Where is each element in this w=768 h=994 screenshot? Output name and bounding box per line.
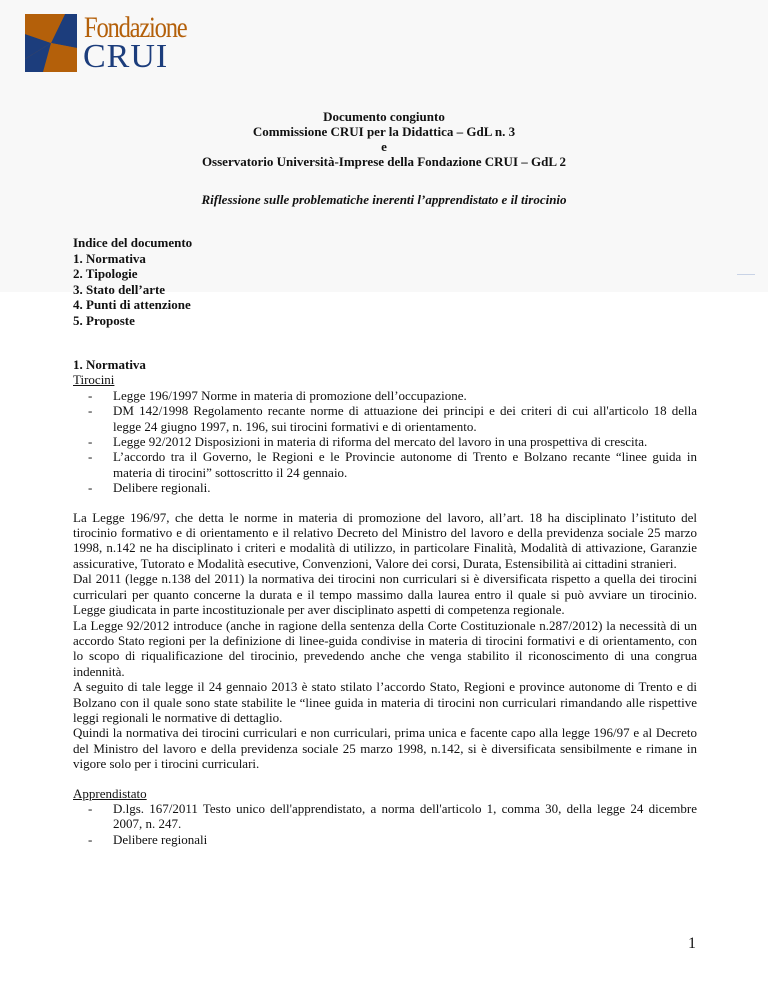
fondazione-crui-logo: Fondazione CRUI: [25, 14, 195, 74]
header-line: Osservatorio Università-Imprese della Fo…: [0, 154, 768, 169]
logo-mark-icon: [25, 14, 77, 72]
paragraph: La Legge 92/2012 introduce (anche in rag…: [73, 618, 697, 680]
paragraph: Quindi la normativa dei tirocini curricu…: [73, 725, 697, 771]
header-line: Documento congiunto: [0, 109, 768, 124]
list-item: DM 142/1998 Regolamento recante norme di…: [113, 403, 697, 434]
header-line: e: [0, 139, 768, 154]
header-line: Commissione CRUI per la Didattica – GdL …: [0, 124, 768, 139]
document-index: Indice del documento 1. Normativa 2. Tip…: [73, 235, 192, 329]
subsection-label-tirocini: Tirocini: [73, 372, 697, 387]
document-body: 1. Normativa Tirocini Legge 196/1997 Nor…: [73, 357, 697, 847]
paragraph: La Legge 196/97, che detta le norme in m…: [73, 510, 697, 572]
index-title: Indice del documento: [73, 235, 192, 251]
list-item: D.lgs. 167/2011 Testo unico dell'apprend…: [113, 801, 697, 832]
paragraph: Dal 2011 (legge n.138 del 2011) la norma…: [73, 571, 697, 617]
tirocini-list: Legge 196/1997 Norme in materia di promo…: [73, 388, 697, 496]
index-item: 1. Normativa: [73, 251, 192, 267]
list-item: L’accordo tra il Governo, le Regioni e l…: [113, 449, 697, 480]
decorative-line: [737, 274, 755, 275]
logo-text-crui: CRUI: [83, 40, 168, 74]
subsection-label-apprendistato: Apprendistato: [73, 786, 697, 801]
list-item: Delibere regionali.: [113, 480, 697, 495]
section-heading: 1. Normativa: [73, 357, 697, 372]
index-item: 2. Tipologie: [73, 266, 192, 282]
page-number: 1: [688, 935, 696, 953]
paragraph: A seguito di tale legge il 24 gennaio 20…: [73, 679, 697, 725]
document-header: Documento congiunto Commissione CRUI per…: [0, 109, 768, 169]
document-subtitle: Riflessione sulle problematiche inerenti…: [0, 192, 768, 208]
apprendistato-list: D.lgs. 167/2011 Testo unico dell'apprend…: [73, 801, 697, 847]
list-item: Legge 196/1997 Norme in materia di promo…: [113, 388, 697, 403]
index-item: 3. Stato dell’arte: [73, 282, 192, 298]
index-item: 5. Proposte: [73, 313, 192, 329]
list-item: Delibere regionali: [113, 832, 697, 847]
index-item: 4. Punti di attenzione: [73, 297, 192, 313]
list-item: Legge 92/2012 Disposizioni in materia di…: [113, 434, 697, 449]
